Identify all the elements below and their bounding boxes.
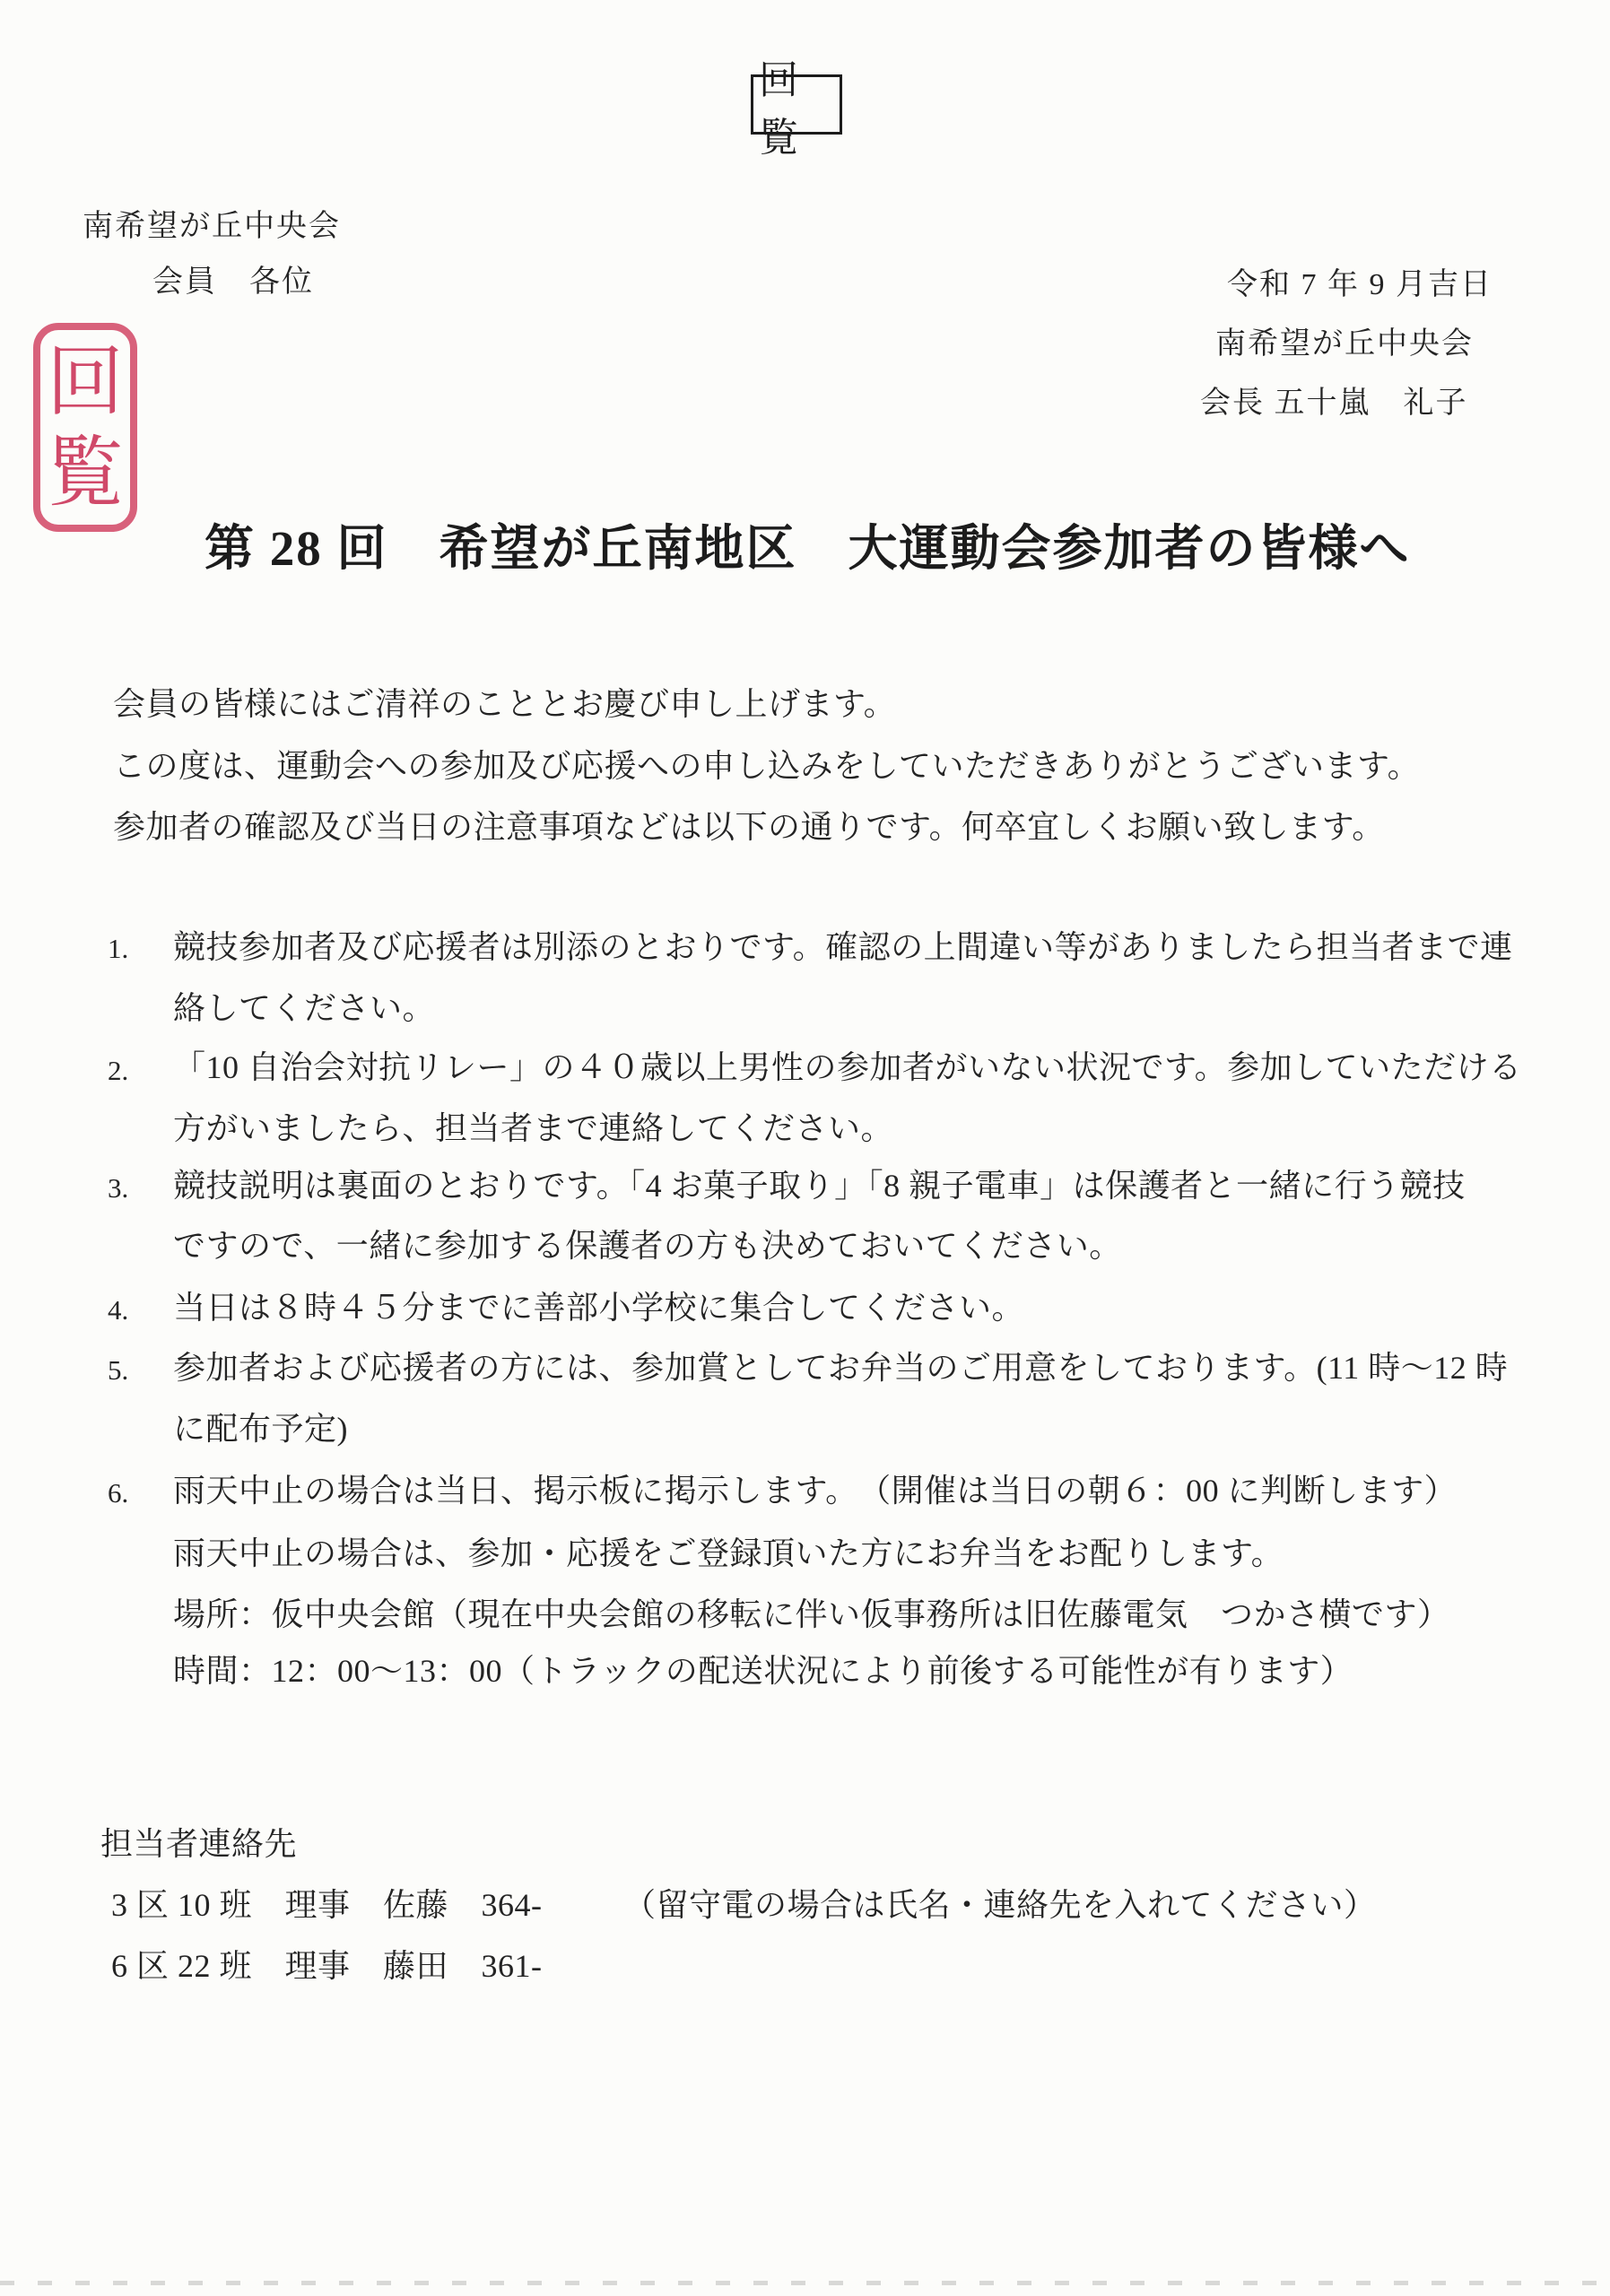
page-title: 第 28 回 希望が丘南地区 大運動会参加者の皆様へ xyxy=(205,520,1411,577)
notice-item-number: 4. xyxy=(108,1294,128,1326)
contacts-heading: 担当者連絡先 xyxy=(100,1826,297,1863)
contact-row-note: （留守電の場合は氏名・連絡先を入れてください） xyxy=(623,1887,1377,1924)
recipient-addressee: 会員 各位 xyxy=(152,265,314,300)
notice-item-line: ですので、一緒に参加する保護者の方も決めておいてください。 xyxy=(173,1228,1122,1265)
notice-item-number: 5. xyxy=(108,1354,128,1387)
notice-item-line: 競技説明は裏面のとおりです。「4 お菓子取り」「8 親子電車」は保護者と一緒に行… xyxy=(173,1168,1466,1205)
notice-item-number: 3. xyxy=(108,1172,128,1205)
notice-item-line: 「10 自治会対抗リレー」の４０歳以上男性の参加者がいない状況です。参加していた… xyxy=(173,1049,1522,1086)
notice-item-line: 当日は８時４５分までに善部小学校に集合してください。 xyxy=(173,1290,1024,1326)
notice-item-number: 2. xyxy=(108,1055,128,1087)
sender-org: 南希望が丘中央会 xyxy=(1215,326,1474,361)
kairan-header-box: 回覧 xyxy=(751,74,842,135)
greeting-line: この度は、運動会への参加及び応援への申し込みをしていただきありがとうございます。 xyxy=(113,748,1420,785)
stamp-char-top: 回 xyxy=(47,344,124,421)
kairan-red-stamp: 回 覧 xyxy=(33,323,137,532)
notice-item-number: 6. xyxy=(108,1477,128,1509)
notice-item-line: 絡してください。 xyxy=(173,990,435,1027)
notice-item-line: 場所：仮中央会館（現在中央会館の移転に伴い仮事務所は旧佐藤電気 つかさ横です） xyxy=(173,1596,1450,1633)
sender-signature: 会長 五十嵐 礼子 xyxy=(1200,386,1468,421)
recipient-org: 南希望が丘中央会 xyxy=(83,209,341,244)
notice-item-line: 方がいましたら、担当者まで連絡してください。 xyxy=(173,1110,893,1147)
contact-row: 6 区 22 班 理事 藤田 361- xyxy=(111,1948,543,1985)
notice-item-line: 雨天中止の場合は、参加・応援をご登録頂いた方にお弁当をお配りします。 xyxy=(173,1535,1284,1572)
notice-item-line: に配布予定) xyxy=(173,1411,348,1448)
sender-date: 令和 7 年 9 月吉日 xyxy=(1227,267,1493,302)
notice-item-number: 1. xyxy=(108,933,128,965)
kairan-header-label: 回覧 xyxy=(759,48,840,162)
stamp-char-bottom: 覧 xyxy=(47,434,124,511)
greeting-line: 参加者の確認及び当日の注意事項などは以下の通りです。何卒宜しくお願い致します。 xyxy=(113,809,1385,846)
greeting-line: 会員の皆様にはご清祥のこととお慶び申し上げます。 xyxy=(113,686,896,723)
document-page: 回覧 南希望が丘中央会 会員 各位 令和 7 年 9 月吉日 南希望が丘中央会 … xyxy=(0,0,1610,2296)
notice-item-line: 参加者および応援者の方には、参加賞としてお弁当のご用意をしております。(11 時… xyxy=(173,1350,1508,1387)
notice-item-line: 競技参加者及び応援者は別添のとおりです。確認の上間違い等がありましたら担当者まで… xyxy=(173,929,1513,966)
notice-item-line: 時間：12：00〜13：00（トラックの配送状況により前後する可能性が有ります） xyxy=(173,1653,1353,1690)
scanner-artifact-line xyxy=(0,2281,1610,2285)
contact-row: 3 区 10 班 理事 佐藤 364- xyxy=(111,1887,543,1924)
notice-item-line: 雨天中止の場合は当日、掲示板に掲示します。 （開催は当日の朝６：00 に判断しま… xyxy=(173,1473,1457,1509)
